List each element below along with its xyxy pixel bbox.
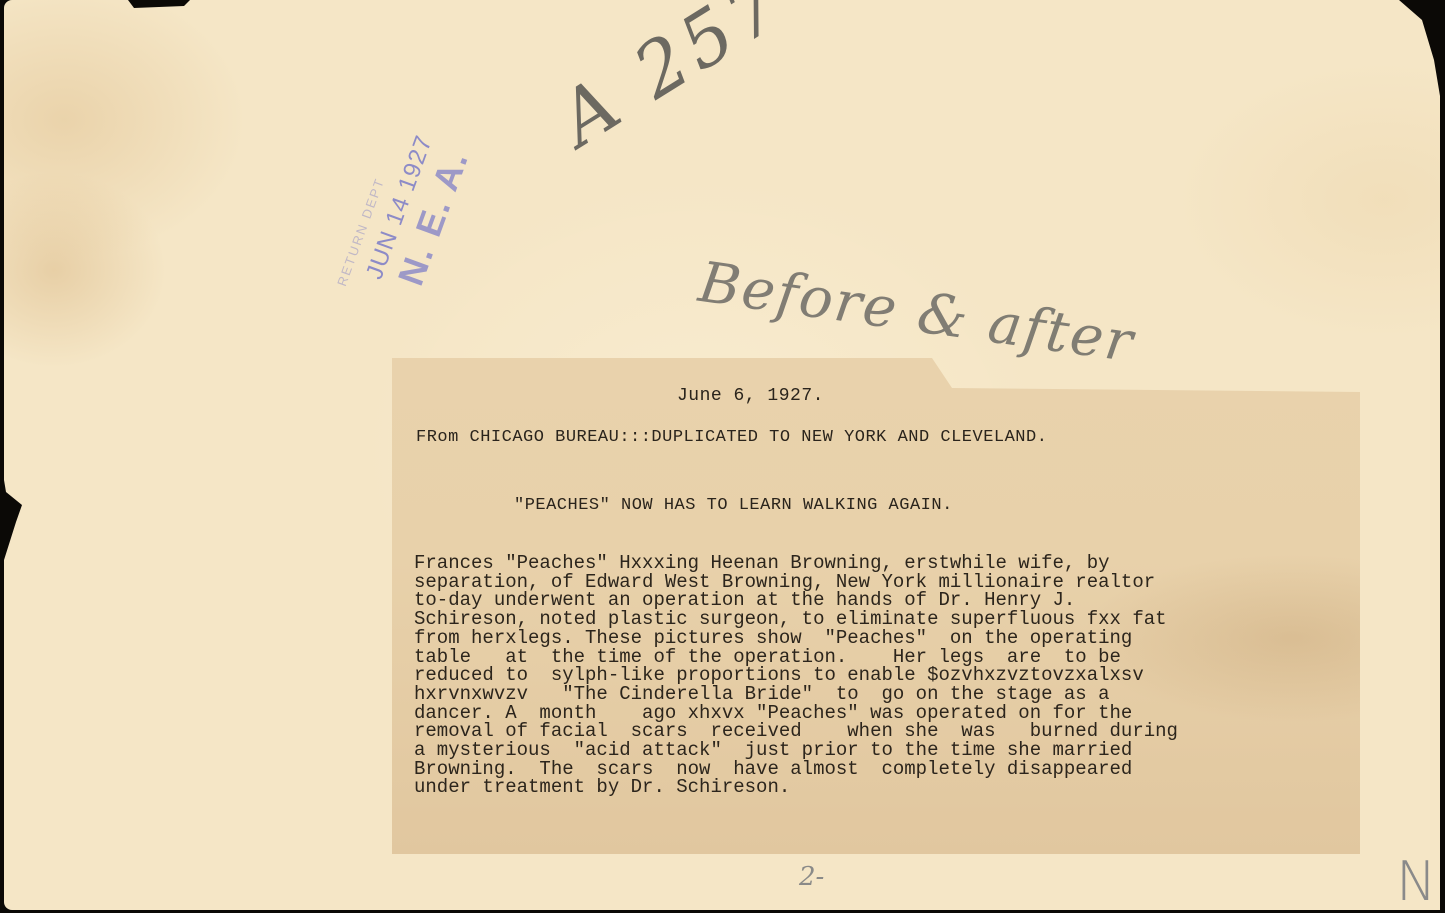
pencil-corner-mark: N [1396,850,1436,913]
clipping-headline: "PEACHES" NOW HAS TO LEARN WALKING AGAIN… [514,496,953,515]
clipping-date: June 6, 1927. [677,386,824,406]
handwritten-caption: Before & after [695,250,1138,375]
handwritten-catalog-number: A 257 [544,0,800,163]
date-stamp: RETURN DEPT JUN 14 1927 N. E. A. [334,76,494,314]
body-line: from herxlegs. These pictures show "Peac… [414,629,1354,648]
clipping-from-line: FRom CHICAGO BUREAU:::DUPLICATED TO NEW … [416,428,1047,447]
typed-news-clipping: June 6, 1927. FRom CHICAGO BUREAU:::DUPL… [392,358,1360,854]
body-line: hxrvnxwvzv "The Cinderella Bride" to go … [414,685,1354,704]
body-line: Schireson, noted plastic surgeon, to eli… [414,610,1354,629]
body-line: Frances "Peaches" Hxxxing Heenan Brownin… [414,554,1354,573]
clipping-body: Frances "Peaches" Hxxxing Heenan Brownin… [414,554,1354,797]
pencil-page-marker: 2- [799,862,824,892]
body-line: a mysterious "acid attack" just prior to… [414,741,1354,760]
photo-back-card: RETURN DEPT JUN 14 1927 N. E. A. A 257 B… [4,0,1440,910]
body-line: under treatment by Dr. Schireson. [414,778,1354,797]
